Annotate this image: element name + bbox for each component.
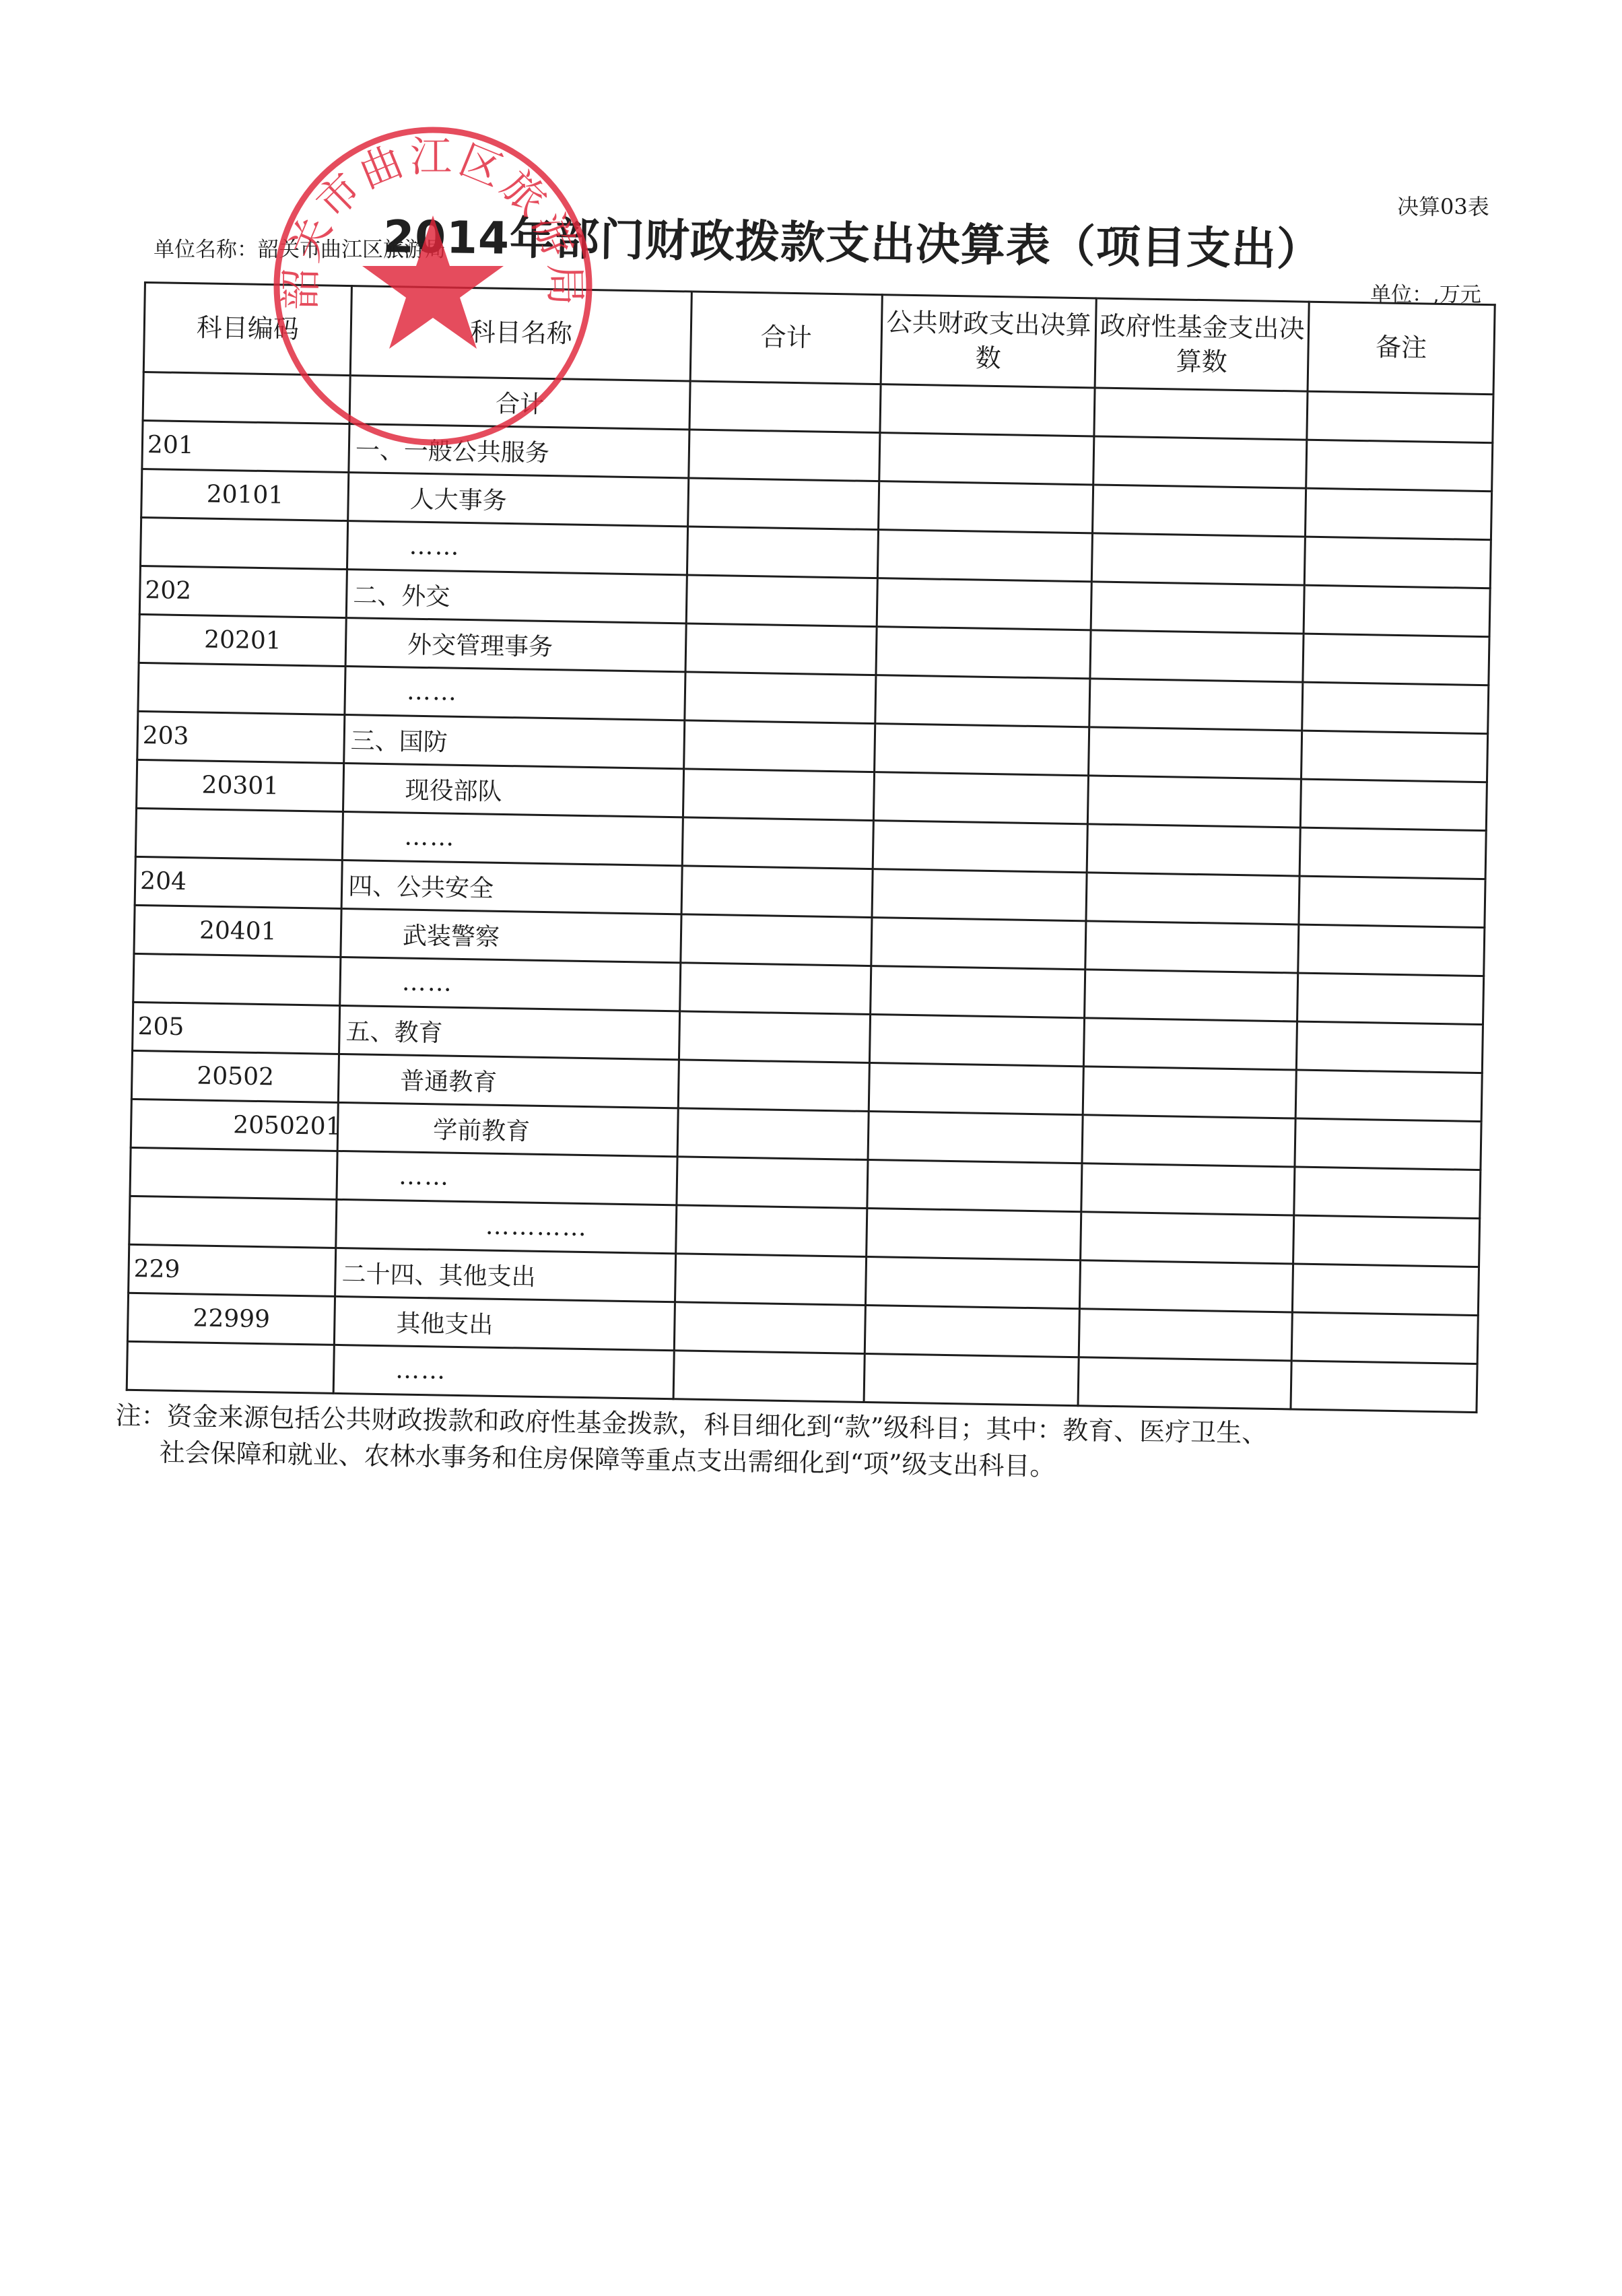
header-gov-fund: 政府性基金支出决算数 — [1095, 298, 1309, 391]
name-cell: 现役部队 — [343, 764, 683, 817]
public-fiscal-cell — [869, 1063, 1083, 1115]
remark-cell — [1295, 1118, 1481, 1170]
gov-fund-cell — [1086, 873, 1299, 924]
public-fiscal-cell — [879, 433, 1094, 485]
header-total: 合计 — [690, 292, 882, 384]
name-cell: 三、国防 — [344, 715, 685, 769]
code-cell — [127, 1341, 334, 1393]
gov-fund-cell — [1091, 533, 1305, 585]
name-cell: 二、外交 — [346, 570, 687, 623]
code-cell — [129, 1196, 337, 1248]
remark-cell — [1306, 440, 1493, 492]
code-cell — [130, 1147, 337, 1199]
remark-cell — [1291, 1361, 1477, 1413]
public-fiscal-cell — [879, 481, 1093, 533]
org-label: 单位名称： — [154, 238, 258, 262]
remark-cell — [1304, 585, 1490, 637]
name-cell: 人大事务 — [348, 473, 689, 527]
remark-cell — [1292, 1264, 1479, 1316]
remark-cell — [1301, 731, 1487, 782]
public-fiscal-cell — [873, 821, 1087, 873]
gov-fund-cell — [1092, 485, 1306, 537]
form-code: 决算03表 — [1397, 190, 1489, 221]
public-fiscal-cell — [871, 918, 1086, 970]
total-cell — [682, 817, 873, 869]
public-fiscal-cell — [869, 1015, 1084, 1067]
name-cell: …… — [340, 957, 681, 1011]
remark-cell — [1305, 488, 1491, 540]
total-cell — [683, 769, 874, 821]
code-cell — [135, 808, 343, 860]
name-cell: 外交管理事务 — [345, 618, 686, 672]
code-cell — [133, 953, 341, 1005]
code-cell: 205 — [133, 1002, 340, 1054]
name-cell: 学前教育 — [337, 1102, 678, 1156]
name-cell: …… — [345, 667, 685, 720]
header-public-fiscal: 公共财政支出决算数 — [881, 295, 1096, 388]
gov-fund-cell — [1094, 388, 1308, 440]
public-fiscal-cell — [865, 1305, 1079, 1357]
name-cell: 武装警察 — [341, 908, 681, 962]
gov-fund-cell — [1087, 824, 1300, 876]
code-cell: 204 — [135, 856, 342, 908]
expenditure-table-wrapper: 科目编码 科目名称 合计 公共财政支出决算数 政府性基金支出决算数 备注 合计2… — [126, 281, 1496, 1413]
total-cell — [685, 672, 876, 724]
total-cell — [688, 478, 879, 530]
org-name: 韶关市曲江区旅游局 — [258, 238, 446, 262]
public-fiscal-cell — [864, 1353, 1079, 1405]
code-cell: 20301 — [137, 759, 344, 811]
total-cell — [677, 1157, 868, 1209]
remark-cell — [1291, 1312, 1478, 1364]
public-fiscal-cell — [875, 724, 1089, 776]
code-cell: 20502 — [131, 1050, 339, 1102]
public-fiscal-cell — [867, 1160, 1082, 1212]
remark-cell — [1300, 779, 1487, 831]
code-cell — [140, 517, 347, 569]
total-cell — [679, 1011, 870, 1063]
name-cell: 二十四、其他支出 — [335, 1248, 676, 1302]
total-cell — [680, 963, 871, 1015]
total-cell — [678, 1060, 869, 1112]
public-fiscal-cell — [875, 675, 1090, 727]
name-cell: 普通教育 — [338, 1054, 679, 1108]
code-cell: 202 — [139, 566, 347, 617]
gov-fund-cell — [1085, 921, 1299, 973]
total-cell — [685, 623, 877, 675]
total-cell — [673, 1351, 865, 1403]
table-body: 合计201一、一般公共服务20101人大事务……202二、外交20201外交管理… — [127, 372, 1493, 1413]
name-cell: …… — [337, 1151, 677, 1205]
gov-fund-cell — [1079, 1260, 1293, 1312]
name-cell: 一、一般公共服务 — [349, 424, 689, 478]
code-cell: 20201 — [139, 614, 346, 666]
public-fiscal-cell — [876, 627, 1091, 679]
gov-fund-cell — [1089, 727, 1302, 779]
page-title: 2014年部门财政拨款支出决算表（项目支出） — [383, 201, 1322, 277]
code-cell: 22999 — [127, 1293, 335, 1345]
header-subject-name: 科目名称 — [350, 286, 691, 381]
name-cell: …… — [333, 1345, 674, 1398]
header-remark: 备注 — [1308, 302, 1495, 395]
public-fiscal-cell — [865, 1256, 1080, 1308]
code-cell: 20101 — [141, 469, 349, 520]
gov-fund-cell — [1093, 436, 1307, 488]
remark-cell — [1307, 391, 1493, 443]
footnote: 注：资金来源包括公共财政拨款和政府性基金拨款，科目细化到“款”级科目；其中：教育… — [114, 1397, 1448, 1491]
public-fiscal-cell — [868, 1112, 1083, 1163]
gov-fund-cell — [1081, 1212, 1294, 1264]
code-cell: 2050201 — [131, 1099, 338, 1151]
remark-cell — [1299, 876, 1485, 928]
name-cell: 五、教育 — [339, 1005, 680, 1059]
gov-fund-cell — [1078, 1357, 1291, 1409]
gov-fund-cell — [1090, 630, 1304, 682]
gov-fund-cell — [1091, 582, 1304, 634]
gov-fund-cell — [1087, 776, 1301, 828]
code-cell — [138, 663, 345, 714]
gov-fund-cell — [1083, 1018, 1297, 1070]
code-cell: 203 — [137, 711, 345, 763]
total-cell — [676, 1205, 867, 1257]
name-cell: …… — [342, 812, 683, 866]
gov-fund-cell — [1083, 1067, 1296, 1118]
name-cell: 其他支出 — [334, 1296, 675, 1350]
remark-cell — [1293, 1215, 1480, 1267]
name-cell: 合计 — [349, 376, 690, 430]
document-page: 决算03表 2014年部门财政拨款支出决算表（项目支出） 单位名称：韶关市曲江区… — [0, 0, 1622, 2296]
public-fiscal-cell — [877, 578, 1091, 630]
public-fiscal-cell — [877, 530, 1092, 582]
expenditure-table: 科目编码 科目名称 合计 公共财政支出决算数 政府性基金支出决算数 备注 合计2… — [126, 281, 1496, 1413]
gov-fund-cell — [1082, 1115, 1295, 1167]
public-fiscal-cell — [867, 1208, 1081, 1260]
total-cell — [689, 381, 881, 433]
organization-line: 单位名称：韶关市曲江区旅游局 — [154, 232, 446, 263]
gov-fund-cell — [1079, 1309, 1292, 1361]
remark-cell — [1297, 973, 1484, 1025]
total-cell — [684, 720, 875, 772]
code-cell: 229 — [129, 1244, 336, 1296]
remark-cell — [1302, 682, 1489, 734]
remark-cell — [1304, 537, 1491, 588]
remark-cell — [1295, 1070, 1482, 1122]
code-cell — [143, 372, 350, 424]
remark-cell — [1294, 1167, 1481, 1219]
public-fiscal-cell — [873, 772, 1088, 824]
total-cell — [677, 1108, 869, 1160]
public-fiscal-cell — [880, 384, 1095, 436]
total-cell — [689, 430, 880, 481]
name-cell: ………… — [336, 1199, 677, 1253]
header-subject-code: 科目编码 — [143, 283, 351, 376]
code-cell: 201 — [142, 420, 349, 472]
remark-cell — [1299, 828, 1486, 879]
gov-fund-cell — [1081, 1163, 1295, 1215]
total-cell — [686, 575, 877, 627]
name-cell: 四、公共安全 — [341, 860, 682, 914]
public-fiscal-cell — [871, 966, 1085, 1018]
gov-fund-cell — [1085, 970, 1298, 1021]
total-cell — [675, 1254, 866, 1306]
remark-cell — [1298, 924, 1485, 976]
remark-cell — [1303, 634, 1489, 685]
gov-fund-cell — [1089, 679, 1303, 731]
total-cell — [687, 527, 878, 578]
total-cell — [681, 866, 873, 918]
total-cell — [681, 914, 872, 966]
public-fiscal-cell — [872, 869, 1087, 921]
remark-cell — [1296, 1021, 1483, 1073]
code-cell: 20401 — [134, 905, 341, 957]
name-cell: …… — [347, 521, 687, 575]
total-cell — [674, 1302, 865, 1354]
